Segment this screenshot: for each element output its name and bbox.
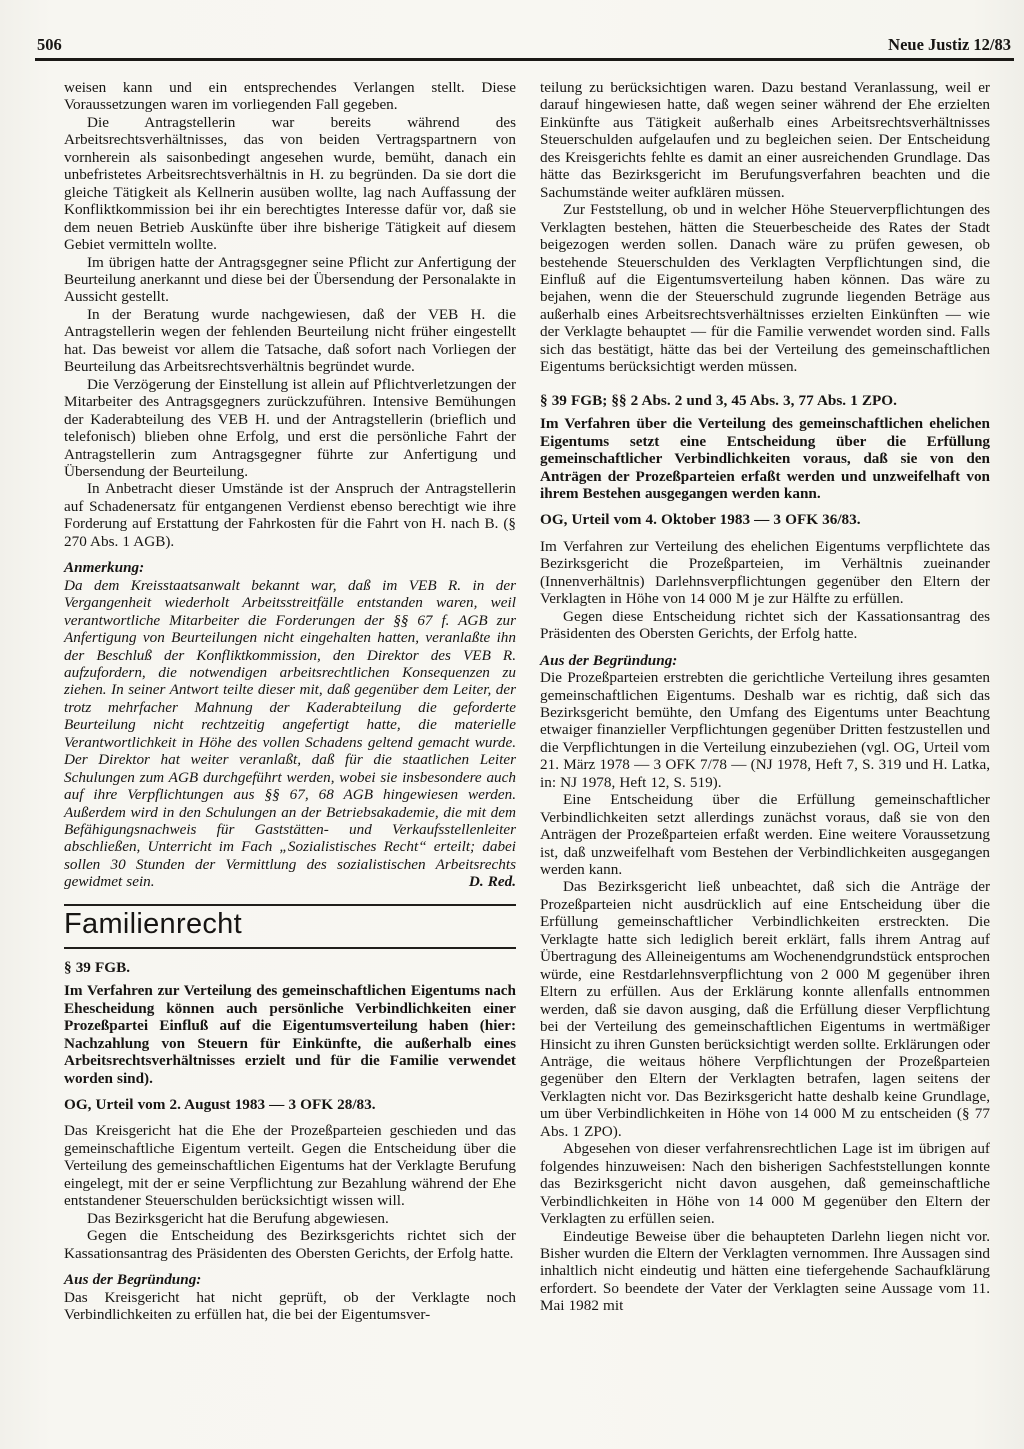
body-paragraph: In der Beratung wurde nachgewiesen, daß … (64, 306, 516, 376)
case-citation: OG, Urteil vom 2. August 1983 — 3 OFK 28… (64, 1096, 516, 1113)
body-paragraph: Die Antragstellerin war bereits während … (64, 114, 516, 254)
body-paragraph: Zur Feststellung, ob und in welcher Höhe… (540, 201, 990, 376)
body-paragraph: Im übrigen hatte der Antragsgegner seine… (64, 254, 516, 306)
body-paragraph: teilung zu berücksichtigen waren. Dazu b… (540, 79, 990, 201)
journal-page: 506 Neue Justiz 12/83 weisen kann und ei… (0, 0, 1024, 1449)
headnote: Im Verfahren zur Verteilung des gemeinsc… (64, 982, 516, 1087)
case-citation: OG, Urteil vom 4. Oktober 1983 — 3 OFK 3… (540, 511, 990, 528)
anmerkung-paragraph: Da dem Kreisstaatsanwalt bekannt war, da… (64, 577, 516, 891)
body-paragraph: Das Kreisgericht hat nicht geprüft, ob d… (64, 1289, 516, 1324)
page-number: 506 (37, 35, 62, 55)
headnote: Im Verfahren über die Verteilung des gem… (540, 415, 990, 502)
statute-reference: § 39 FGB; §§ 2 Abs. 2 und 3, 45 Abs. 3, … (540, 392, 990, 409)
body-paragraph: Die Verzögerung der Einstellung ist alle… (64, 376, 516, 481)
section-heading-familienrecht: Familienrecht (64, 904, 516, 949)
page-header: 506 Neue Justiz 12/83 (37, 35, 1011, 55)
body-paragraph: Im Verfahren zur Verteilung des eheliche… (540, 538, 990, 608)
begruendung-label: Aus der Begründung: (64, 1271, 516, 1288)
body-paragraph: Gegen die Entscheidung des Bezirksgerich… (64, 1227, 516, 1262)
header-rule (35, 58, 1014, 61)
left-column: weisen kann und ein entsprechendes Verla… (64, 79, 516, 1323)
body-paragraph: Eindeutige Beweise über die behaupteten … (540, 1228, 990, 1315)
body-paragraph: Gegen diese Entscheidung richtet sich de… (540, 608, 990, 643)
body-paragraph: Eine Entscheidung über die Erfüllung gem… (540, 791, 990, 878)
anmerkung-label: Anmerkung: (64, 559, 516, 576)
body-paragraph: Die Prozeßparteien erstrebten die gerich… (540, 669, 990, 791)
body-paragraph: In Anbetracht dieser Umstände ist der An… (64, 480, 516, 550)
right-column: teilung zu berücksichtigen waren. Dazu b… (540, 79, 990, 1315)
body-paragraph: Das Bezirksgericht ließ unbeachtet, daß … (540, 878, 990, 1140)
body-paragraph: Das Kreisgericht hat die Ehe der Prozeßp… (64, 1122, 516, 1209)
begruendung-label: Aus der Begründung: (540, 652, 990, 669)
statute-reference: § 39 FGB. (64, 959, 516, 976)
journal-title: Neue Justiz 12/83 (888, 35, 1011, 55)
body-paragraph: Abgesehen von dieser verfahrensrechtlich… (540, 1140, 990, 1227)
body-paragraph: Das Bezirksgericht hat die Berufung abge… (64, 1210, 516, 1227)
body-paragraph: weisen kann und ein entsprechendes Verla… (64, 79, 516, 114)
